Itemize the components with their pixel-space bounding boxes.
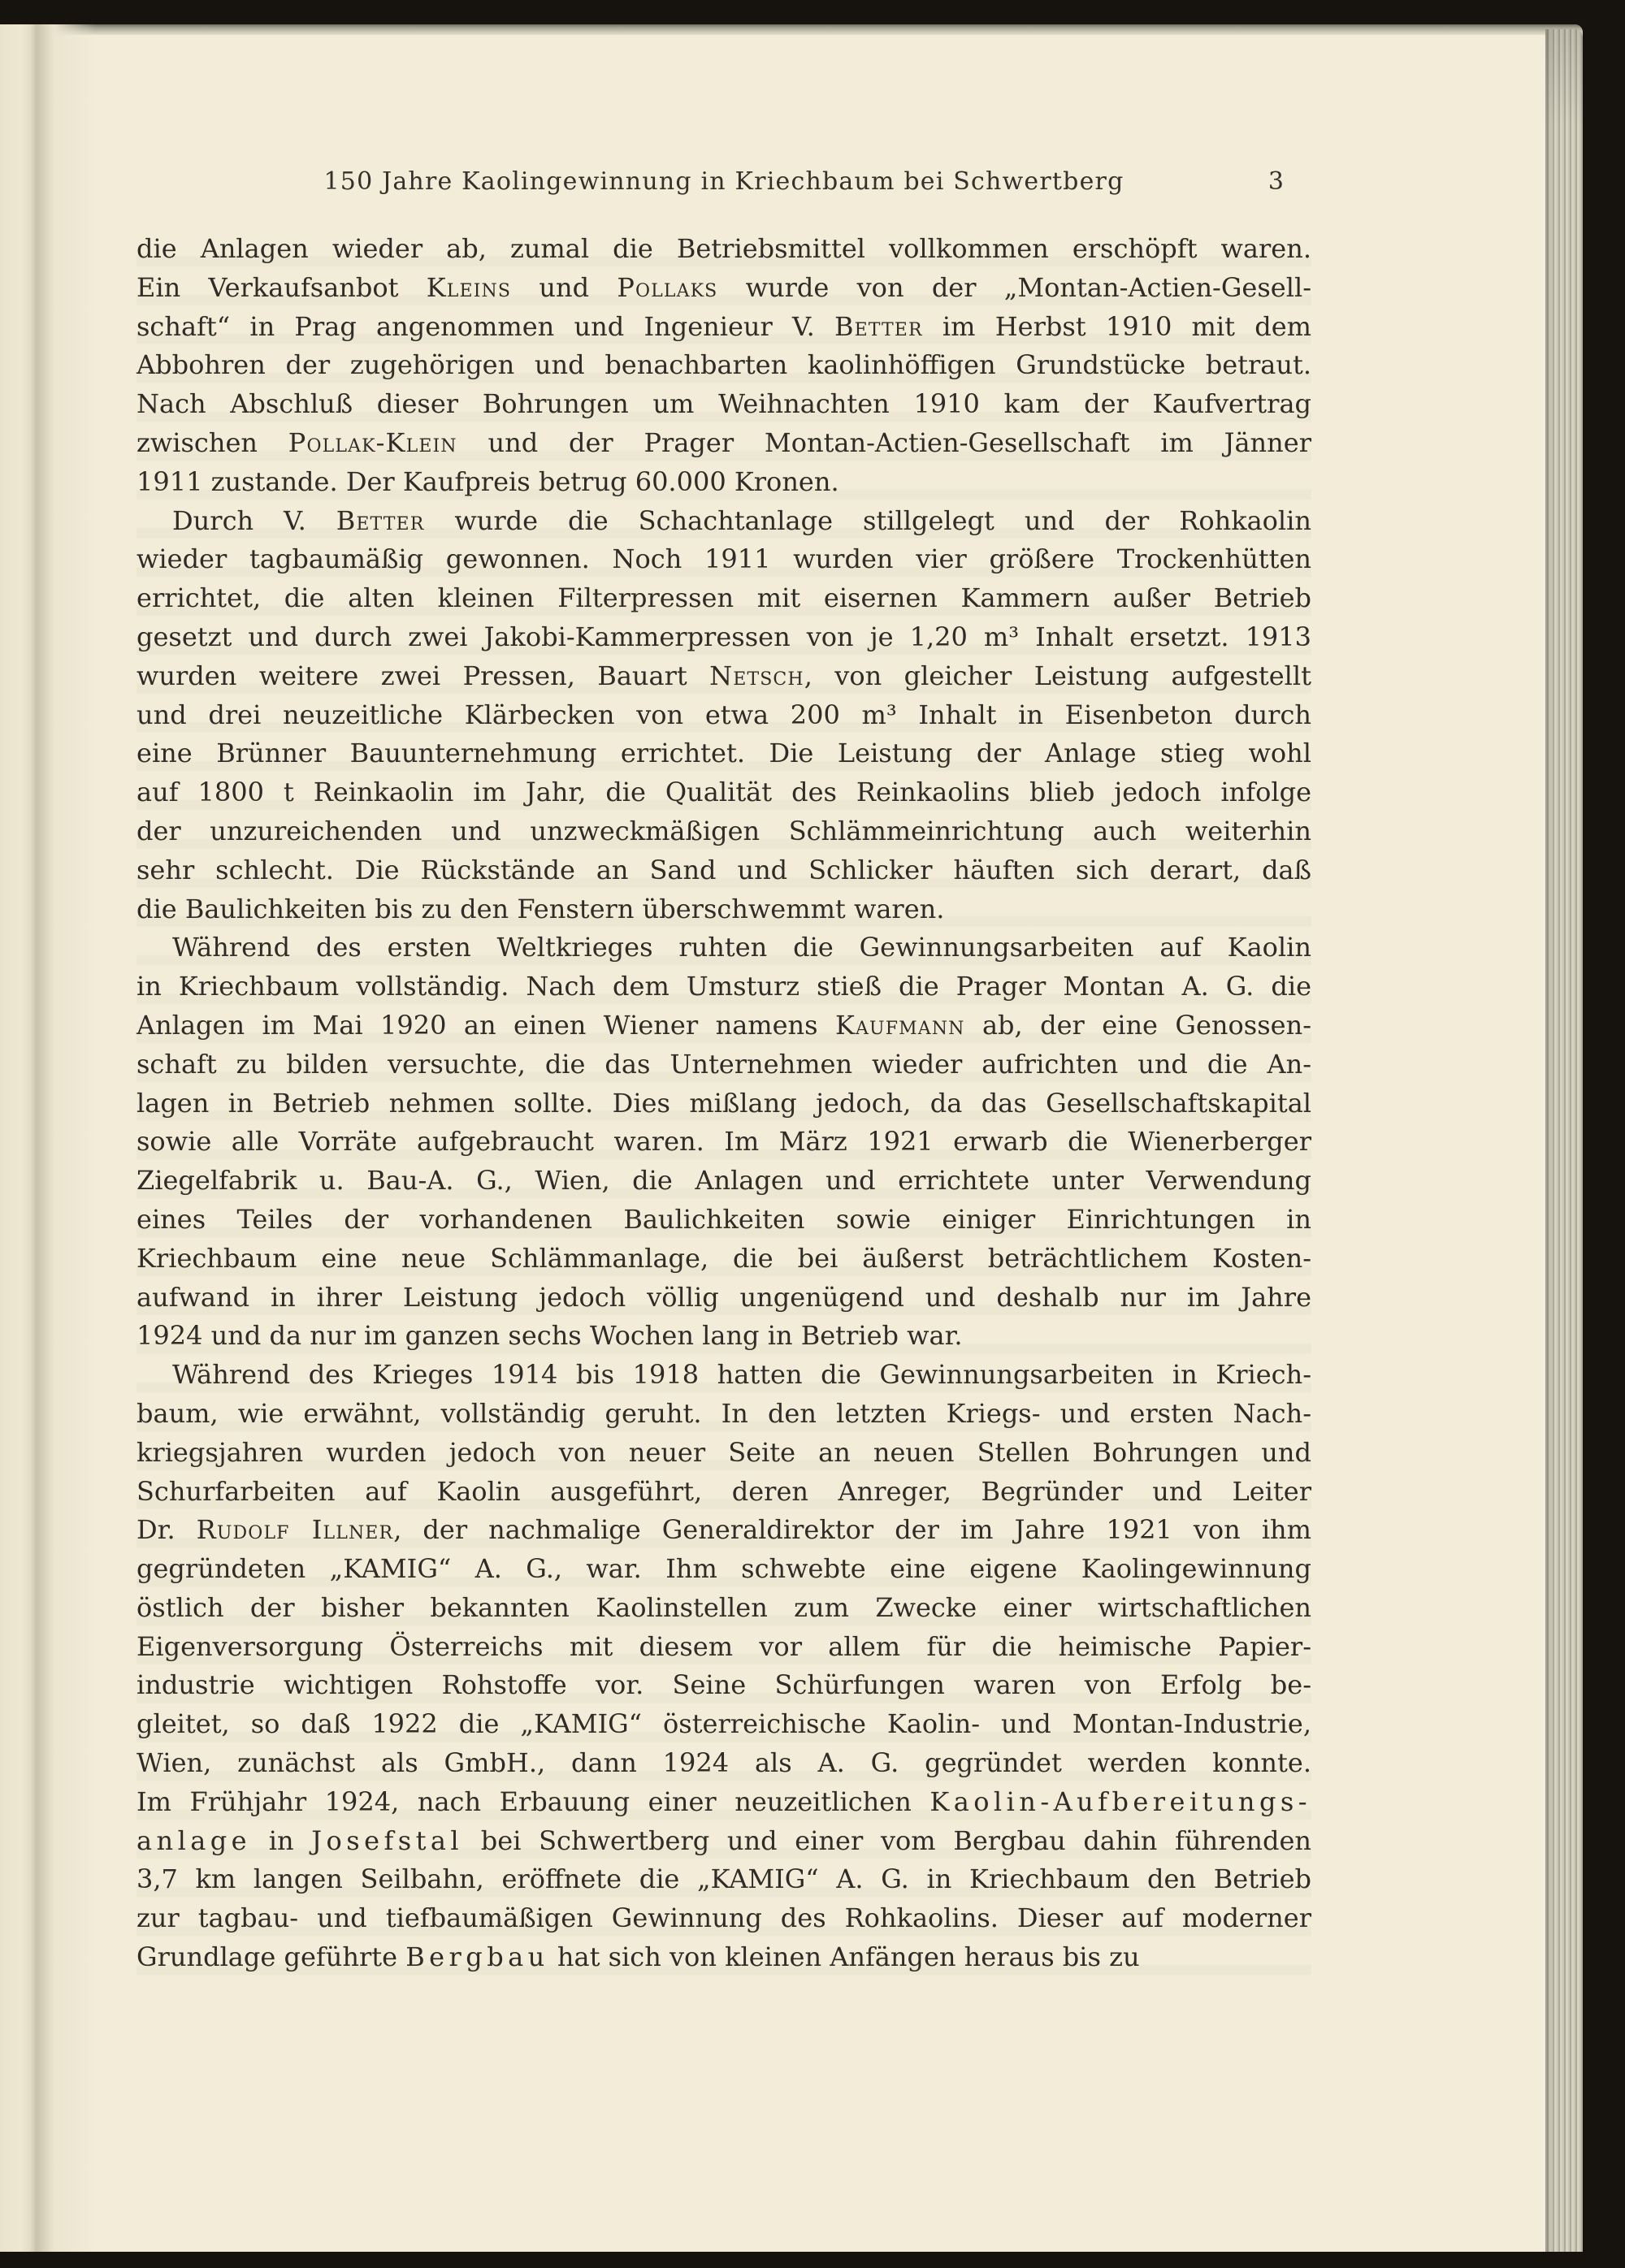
text-line: kriegsjahren wurden jedoch von neuer Sei… — [136, 1434, 1311, 1473]
text-run: in Kriechbaum vollständig. Nach dem Umst… — [136, 971, 1311, 1002]
text-run: hat sich von kleinen Anfängen heraus bis… — [549, 1941, 1140, 1972]
text-run: sehr schlecht. Die Rückstände an Sand un… — [136, 855, 1311, 885]
text-run: ab, der eine Genossen- — [965, 1010, 1312, 1041]
page-content: 150 Jahre Kaolingewinnung in Kriechbaum … — [136, 167, 1311, 1977]
text-run: Im Frühjahr 1924, nach Erbauung einer ne… — [136, 1786, 929, 1817]
text-line: Ziegelfabrik u. Bau-A. G., Wien, die Anl… — [136, 1162, 1311, 1201]
text-line: Wien, zunächst als GmbH., dann 1924 als … — [136, 1744, 1311, 1783]
gutter-shadow — [0, 24, 97, 2252]
text-line: eine Brünner Bauunternehmung errichtet. … — [136, 734, 1311, 773]
text-run: industrie wichtigen Rohstoffe vor. Seine… — [136, 1669, 1311, 1700]
text-run: die Anlagen wieder ab, zumal die Betrieb… — [136, 233, 1311, 264]
text-line: zwischen Pollak-Klein und der Prager Mon… — [136, 424, 1311, 463]
text-line: 1924 und da nur im ganzen sechs Wochen l… — [136, 1317, 1311, 1356]
text-run: Nach Abschluß dieser Bohrungen um Weihna… — [136, 388, 1311, 419]
text-line: Kriechbaum eine neue Schlämmanlage, die … — [136, 1240, 1311, 1279]
running-header-title: 150 Jahre Kaolingewinnung in Kriechbaum … — [324, 167, 1124, 196]
scanned-book-photo: 150 Jahre Kaolingewinnung in Kriechbaum … — [0, 0, 1625, 2268]
text-line: Anlagen im Mai 1920 an einen Wiener name… — [136, 1006, 1311, 1045]
text-run: wurde die Schachtanlage stillgelegt und … — [424, 505, 1311, 536]
text-run: Während des ersten Weltkrieges ruhten di… — [172, 932, 1311, 963]
page-number: 3 — [1268, 167, 1284, 197]
page-body-text: die Anlagen wieder ab, zumal die Betrieb… — [136, 230, 1311, 1977]
text-run: Durch V. — [172, 505, 336, 536]
text-run: gleitet, so daß 1922 die „KAMIG“ österre… — [136, 1708, 1311, 1739]
text-line: Ein Verkaufsanbot Kleins und Pollaks wur… — [136, 269, 1311, 308]
text-run: eines Teiles der vorhandenen Baulichkeit… — [136, 1204, 1311, 1235]
text-line: gesetzt und durch zwei Jakobi-Kammerpres… — [136, 618, 1311, 657]
text-line: zur tagbau- und tiefbaumäßigen Gewinnung… — [136, 1899, 1311, 1938]
text-line: Während des ersten Weltkrieges ruhten di… — [136, 928, 1311, 967]
text-run: die Baulichkeiten bis zu den Fenstern üb… — [136, 894, 944, 924]
text-line: und drei neuzeitliche Klärbecken von etw… — [136, 696, 1311, 735]
text-line: Nach Abschluß dieser Bohrungen um Weihna… — [136, 385, 1311, 424]
text-run: Schurfarbeiten auf Kaolin ausgeführt, de… — [136, 1476, 1311, 1507]
text-run: Ein Verkaufsanbot — [136, 272, 427, 303]
text-line: die Baulichkeiten bis zu den Fenstern üb… — [136, 890, 1311, 929]
text-run: und drei neuzeitliche Klärbecken von etw… — [136, 699, 1311, 730]
text-run: Eigenversorgung Österreichs mit diesem v… — [136, 1631, 1311, 1662]
text-run: kriegsjahren wurden jedoch von neuer Sei… — [136, 1437, 1311, 1468]
text-line: Im Frühjahr 1924, nach Erbauung einer ne… — [136, 1783, 1311, 1822]
text-line: 1911 zustande. Der Kaufpreis betrug 60.0… — [136, 463, 1311, 502]
text-line: Während des Krieges 1914 bis 1918 hatten… — [136, 1356, 1311, 1395]
text-run: 3,7 km langen Seilbahn, eröffnete die „K… — [136, 1863, 1311, 1894]
text-line: Schurfarbeiten auf Kaolin ausgeführt, de… — [136, 1473, 1311, 1512]
running-header: 150 Jahre Kaolingewinnung in Kriechbaum … — [136, 167, 1311, 197]
text-run: auf 1800 t Reinkaolin im Jahr, die Quali… — [136, 777, 1311, 807]
text-run: zwischen — [136, 427, 288, 458]
text-line: Grundlage geführte Bergbau hat sich von … — [136, 1938, 1311, 1977]
text-run: wurde von der „Montan-Actien-Gesell- — [717, 272, 1311, 303]
text-line: schaft zu bilden versuchte, die das Unte… — [136, 1045, 1311, 1084]
text-run: und — [511, 272, 617, 303]
text-run: errichtet, die alten kleinen Filterpress… — [136, 582, 1311, 613]
text-line: industrie wichtigen Rohstoffe vor. Seine… — [136, 1666, 1311, 1705]
text-run: Dr. — [136, 1514, 197, 1545]
text-run: bei Schwertberg und einer vom Bergbau da… — [463, 1825, 1311, 1856]
text-run: Anlagen im Mai 1920 an einen Wiener name… — [136, 1010, 835, 1041]
text-run: zur tagbau- und tiefbaumäßigen Gewinnung… — [136, 1902, 1311, 1933]
text-run: gegründeten „KAMIG“ A. G., war. Ihm schw… — [136, 1553, 1311, 1584]
text-line: Abbohren der zugehörigen und benachbarte… — [136, 346, 1311, 385]
text-line: wurden weitere zwei Pressen, Bauart Nets… — [136, 657, 1311, 696]
text-run: Bergbau — [405, 1941, 549, 1972]
text-run: östlich der bisher bekannten Kaolinstell… — [136, 1592, 1311, 1623]
text-line: die Anlagen wieder ab, zumal die Betrieb… — [136, 230, 1311, 269]
text-run: wurden weitere zwei Pressen, Bauart — [136, 660, 709, 691]
text-line: Dr. Rudolf Illner, der nachmalige Genera… — [136, 1511, 1311, 1550]
text-run: Rudolf Illner — [197, 1514, 394, 1545]
text-run: schaft zu bilden versuchte, die das Unte… — [136, 1049, 1311, 1080]
page-block-right-edge — [1545, 29, 1583, 2252]
text-run: aufwand in ihrer Leistung jedoch völlig … — [136, 1282, 1311, 1313]
text-line: gegründeten „KAMIG“ A. G., war. Ihm schw… — [136, 1550, 1311, 1589]
text-line: der unzureichenden und unzweckmäßigen Sc… — [136, 812, 1311, 851]
text-run: Grundlage geführte — [136, 1941, 405, 1972]
text-run: Kaufmann — [835, 1010, 964, 1041]
text-line: sowie alle Vorräte aufgebraucht waren. I… — [136, 1123, 1311, 1162]
text-run: schaft“ in Prag angenommen und Ingenieur… — [136, 311, 834, 342]
text-run: eine Brünner Bauunternehmung errichtet. … — [136, 738, 1311, 768]
text-line: in Kriechbaum vollständig. Nach dem Umst… — [136, 967, 1311, 1006]
text-run: Pollaks — [617, 272, 717, 303]
text-run: gesetzt und durch zwei Jakobi-Kammerpres… — [136, 621, 1311, 652]
text-run: , der nachmalige Generaldirektor der im … — [393, 1514, 1311, 1545]
text-run: Better — [834, 311, 923, 342]
text-run: Better — [336, 505, 425, 536]
text-run: 1924 und da nur im ganzen sechs Wochen l… — [136, 1320, 963, 1351]
text-run: Wien, zunächst als GmbH., dann 1924 als … — [136, 1747, 1311, 1778]
text-run: 1911 zustande. Der Kaufpreis betrug 60.0… — [136, 466, 839, 497]
text-run: lagen in Betrieb nehmen sollte. Dies miß… — [136, 1088, 1311, 1119]
text-line: Eigenversorgung Österreichs mit diesem v… — [136, 1628, 1311, 1667]
text-run: Kriechbaum eine neue Schlämmanlage, die … — [136, 1243, 1311, 1274]
text-line: baum, wie erwähnt, vollständig geruht. I… — [136, 1395, 1311, 1434]
text-line: auf 1800 t Reinkaolin im Jahr, die Quali… — [136, 773, 1311, 812]
text-line: 3,7 km langen Seilbahn, eröffnete die „K… — [136, 1860, 1311, 1899]
text-run: Pollak-Klein — [288, 427, 457, 458]
text-line: sehr schlecht. Die Rückstände an Sand un… — [136, 851, 1311, 890]
text-run: Kaolin-Aufbereitungs- — [929, 1786, 1311, 1817]
text-line: errichtet, die alten kleinen Filterpress… — [136, 579, 1311, 618]
text-run: Netsch — [709, 660, 804, 691]
text-line: lagen in Betrieb nehmen sollte. Dies miß… — [136, 1084, 1311, 1123]
text-run: baum, wie erwähnt, vollständig geruht. I… — [136, 1398, 1311, 1429]
text-run: anlage — [136, 1825, 251, 1856]
text-line: anlage in Josefstal bei Schwertberg und … — [136, 1822, 1311, 1861]
text-run: der unzureichenden und unzweckmäßigen Sc… — [136, 816, 1311, 846]
text-line: eines Teiles der vorhandenen Baulichkeit… — [136, 1201, 1311, 1240]
text-run: Josefstal — [311, 1825, 463, 1856]
text-run: , von gleicher Leistung aufgestellt — [804, 660, 1311, 691]
text-line: aufwand in ihrer Leistung jedoch völlig … — [136, 1279, 1311, 1318]
text-line: wieder tagbaumäßig gewonnen. Noch 1911 w… — [136, 540, 1311, 579]
text-run: wieder tagbaumäßig gewonnen. Noch 1911 w… — [136, 543, 1311, 574]
text-run: Ziegelfabrik u. Bau-A. G., Wien, die Anl… — [136, 1165, 1311, 1196]
text-line: schaft“ in Prag angenommen und Ingenieur… — [136, 308, 1311, 347]
text-line: gleitet, so daß 1922 die „KAMIG“ österre… — [136, 1705, 1311, 1744]
text-run: in — [251, 1825, 311, 1856]
text-run: Abbohren der zugehörigen und benachbarte… — [136, 349, 1311, 380]
book-page: 150 Jahre Kaolingewinnung in Kriechbaum … — [0, 24, 1583, 2252]
text-run: Kleins — [427, 272, 511, 303]
text-run: sowie alle Vorräte aufgebraucht waren. I… — [136, 1126, 1311, 1157]
page-block-top-edge — [47, 24, 1583, 35]
text-run: Während des Krieges 1914 bis 1918 hatten… — [172, 1359, 1311, 1390]
text-run: und der Prager Montan-Actien-Gesellschaf… — [457, 427, 1311, 458]
text-run: im Herbst 1910 mit dem — [923, 311, 1311, 342]
text-line: Durch V. Better wurde die Schachtanlage … — [136, 502, 1311, 541]
text-line: östlich der bisher bekannten Kaolinstell… — [136, 1589, 1311, 1628]
